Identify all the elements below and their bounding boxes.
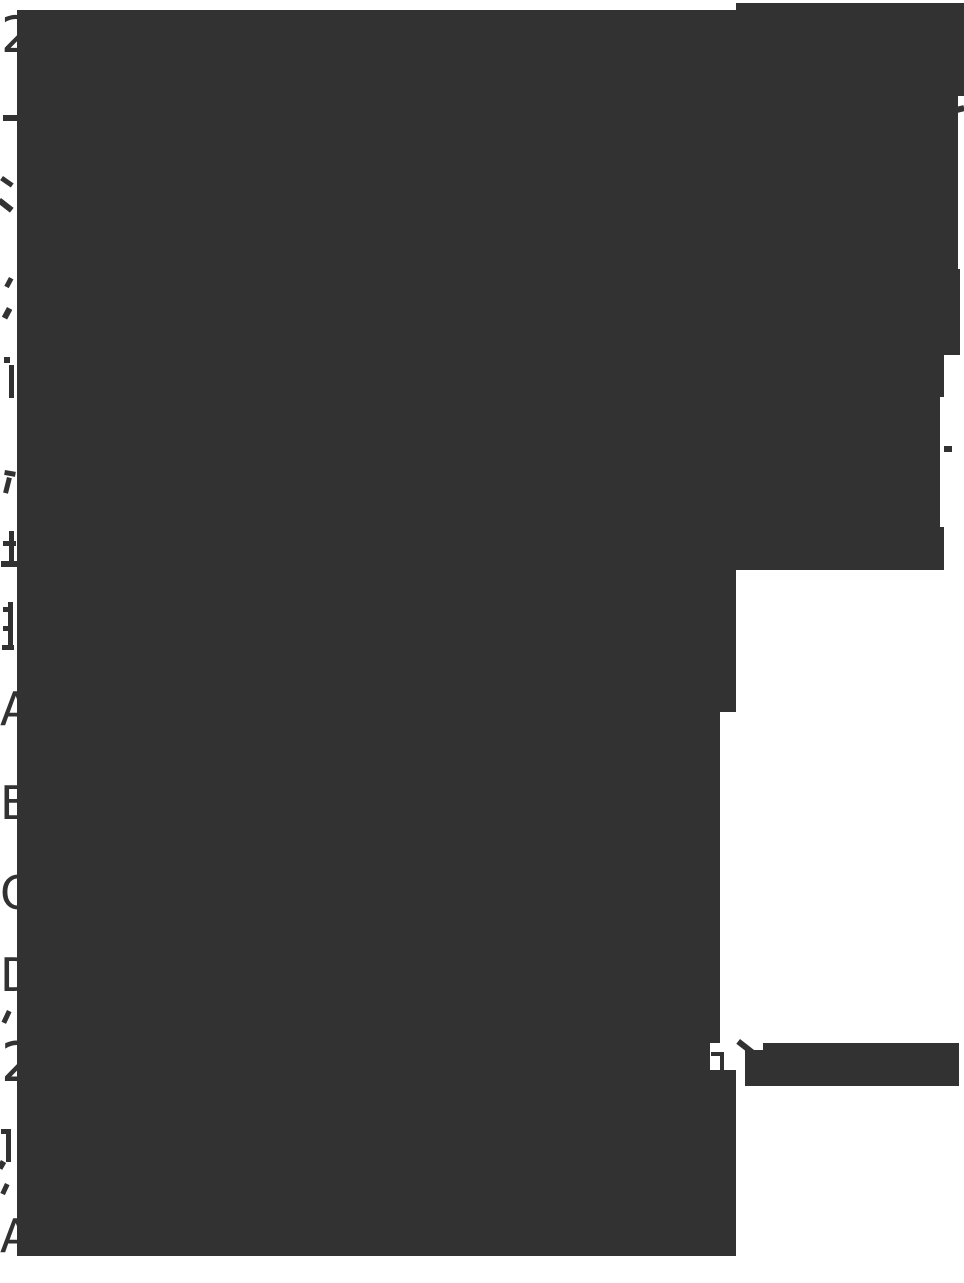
mask-line-3 [17, 182, 958, 269]
document-page: 2ABCD2A [0, 0, 964, 1283]
mask-line-1 [17, 10, 964, 96]
fragment-corner-v [720, 1052, 724, 1070]
mask-line-7a [17, 527, 944, 570]
option-letter-A: A [0, 686, 31, 732]
left-stroke-line5-dot [4, 357, 10, 363]
mask-line-13-left [17, 1043, 710, 1070]
mask-line-4 [17, 269, 960, 355]
mask-line-7b [17, 570, 736, 614]
left-stroke-line6-b [3, 477, 12, 494]
left-stroke-line4-b [2, 307, 12, 320]
left-stroke-below-D [2, 1010, 12, 1024]
left-stroke-line8-h2 [3, 626, 12, 631]
left-stroke-line6-a [4, 470, 16, 477]
right-edge-dash-line6 [944, 446, 952, 452]
question-number-second: 2 [1, 1036, 35, 1090]
option-letter-D: D [0, 952, 35, 998]
option-letter-B: B [0, 780, 32, 826]
left-stroke-line2-dash [3, 115, 17, 121]
mask-line-5b [17, 397, 940, 441]
left-stroke-line15-tick [0, 1183, 9, 1195]
left-stroke-line14-leg [0, 1160, 6, 1170]
mask-lines-14-15 [17, 1070, 736, 1256]
left-stroke-line8-h3 [2, 645, 14, 650]
question-number-top: 2 [1, 10, 33, 60]
left-stroke-line5-bar [9, 365, 14, 398]
left-stroke-line14-h [1, 1129, 11, 1134]
mask-lines-9-12 [17, 712, 720, 1043]
mask-line-8 [17, 614, 736, 712]
mask-line-6 [17, 441, 940, 527]
mask-line-5a [17, 355, 944, 397]
left-stroke-line7-h2 [1, 561, 17, 567]
left-stroke-line7-h1 [3, 541, 16, 546]
option-letter-C: C [0, 870, 32, 916]
mask-line-2 [17, 96, 958, 182]
left-stroke-line4-a [4, 277, 13, 288]
option-letter-A-2: A [0, 1213, 31, 1259]
left-stroke-line8-h1 [3, 607, 12, 612]
mask-bottom-bar-b [745, 1050, 959, 1086]
left-stroke-line3-b [0, 198, 14, 213]
left-stroke-line3-a [0, 176, 14, 188]
